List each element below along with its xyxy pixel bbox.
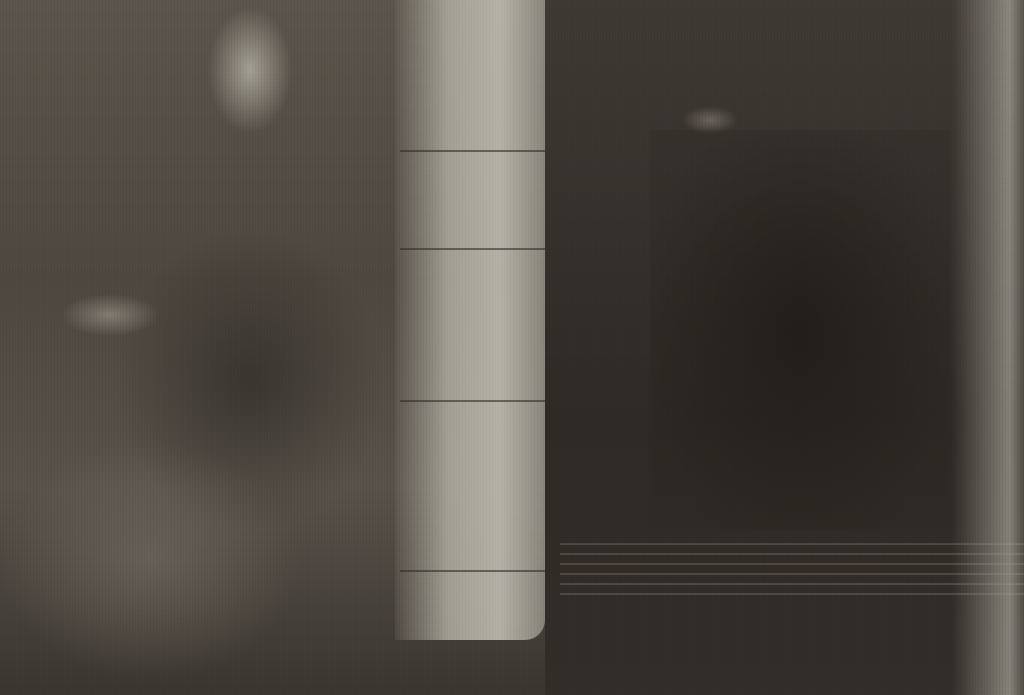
film-grain [0,0,1024,695]
photograph [0,0,1024,695]
